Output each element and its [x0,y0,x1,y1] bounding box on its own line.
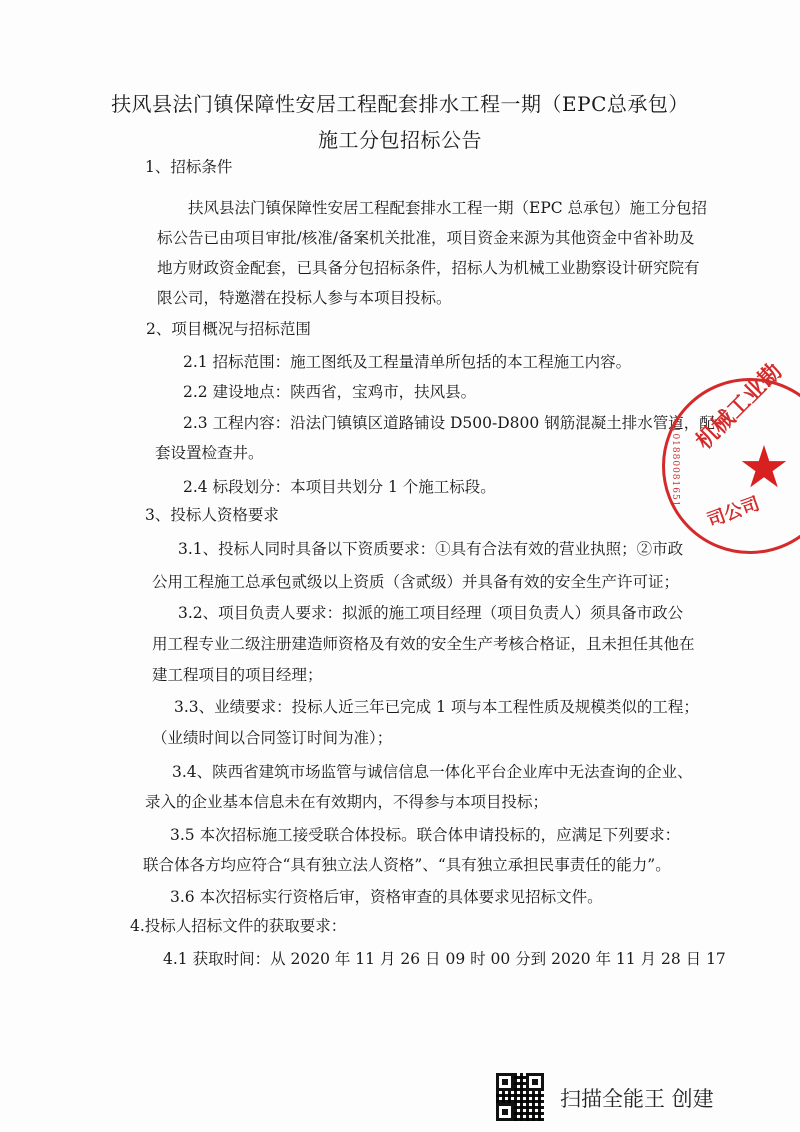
item-3-5-line-1: 3.5 本次招标施工接受联合体投标。联合体申请投标的，应满足下列要求： [170,820,680,850]
section-1-line-4: 限公司，特邀潜在投标人参与本项目投标。 [157,283,452,313]
seal-number: 6101880081651 [670,420,680,507]
item-2-3-line-1: 2.3 工程内容：沿法门镇镇区道路铺设 D500-D800 钢筋混凝土排水管道，… [183,408,715,438]
scanner-watermark: 扫描全能王 创建 [560,1083,714,1113]
document-title-line-1: 扶风县法门镇保障性安居工程配套排水工程一期（EPC总承包） [0,88,800,117]
section-heading-4: 4.投标人招标文件的获取要求： [130,914,346,936]
section-1-line-2: 标公告已由项目审批/核准/备案机关批准，项目资金来源为其他资金中省补助及 [157,223,694,253]
item-3-2-line-2: 用工程专业二级注册建造师资格及有效的安全生产考核合格证，且未担任其他在 [152,629,695,659]
item-3-4-line-1: 3.4、陕西省建筑市场监管与诚信信息一体化平台企业库中无法查询的企业、 [172,757,693,787]
item-2-3-line-2: 套设置检查井。 [155,438,264,468]
section-heading-2: 2、项目概况与招标范围 [146,317,311,339]
section-1-line-3: 地方财政资金配套，已具备分包招标条件，招标人为机械工业勘察设计研究院有 [157,253,700,283]
item-3-3-line-1: 3.3、业绩要求：投标人近三年已完成 1 项与本工程性质及规模类似的工程； [174,692,699,722]
item-3-1-line-2: 公用工程施工总承包贰级以上资质（含贰级）并具备有效的安全生产许可证； [152,567,679,597]
seal-star-icon: ★ [738,438,790,496]
item-2-1: 2.1 招标范围：施工图纸及工程量清单所包括的本工程施工内容。 [183,347,631,377]
document-title-line-2: 施工分包招标公告 [0,124,800,153]
section-heading-1: 1、招标条件 [145,155,232,177]
qr-code-icon [496,1073,544,1121]
item-3-6: 3.6 本次招标实行资格后审，资格审查的具体要求见招标文件。 [170,882,603,912]
item-3-1-line-1: 3.1、投标人同时具备以下资质要求：①具有合法有效的营业执照；②市政 [178,534,683,564]
scanned-document-page: 扶风县法门镇保障性安居工程配套排水工程一期（EPC总承包） 施工分包招标公告 1… [0,0,800,1132]
section-heading-3: 3、投标人资格要求 [145,503,279,525]
item-3-2-line-3: 建工程项目的项目经理； [152,660,323,690]
item-3-2-line-1: 3.2、项目负责人要求：拟派的施工项目经理（项目负责人）须具备市政公 [178,598,683,628]
item-3-5-line-2: 联合体各方均应符合“具有独立法人资格”、“具有独立承担民事责任的能力”。 [143,850,671,880]
item-2-4: 2.4 标段划分：本项目共划分 1 个施工标段。 [183,472,496,502]
item-4-1: 4.1 获取时间：从 2020 年 11 月 26 日 09 时 00 分到 2… [163,944,726,974]
section-1-line-1: 扶风县法门镇保障性安居工程配套排水工程一期（EPC 总承包）施工分包招 [157,193,707,223]
item-3-3-line-2: （业绩时间以合同签订时间为准）； [152,723,392,753]
item-2-2: 2.2 建设地点：陕西省，宝鸡市，扶风县。 [183,377,476,407]
item-3-4-line-2: 录入的企业基本信息未在有效期内，不得参与本项目投标； [145,787,548,817]
